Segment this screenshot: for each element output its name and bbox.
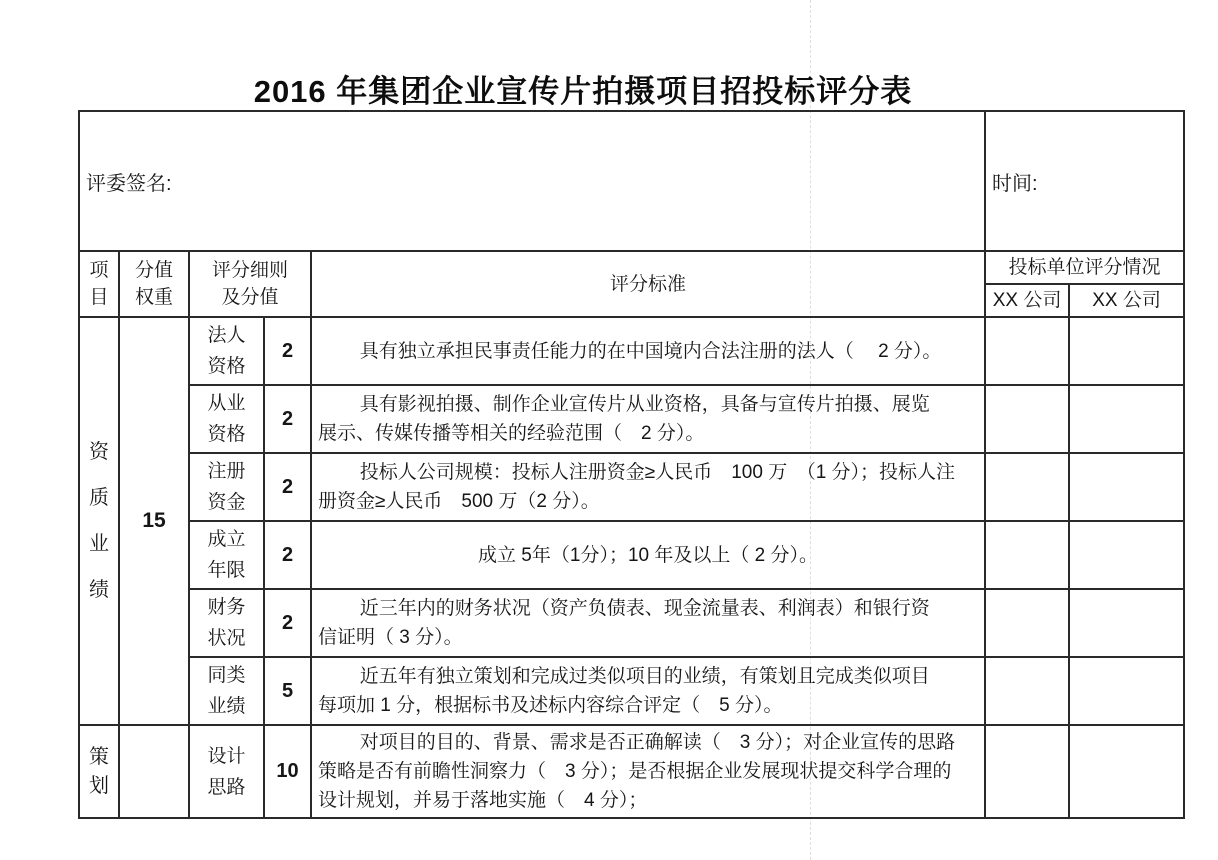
table-row: 策 划 设计 思路 10 对项目的目的、背景、需求是否正确解读（ 3 分）；对企… <box>79 725 1184 818</box>
criterion-name: 财务 状况 <box>189 589 264 657</box>
table-row: 成立 年限 2 成立 5年（1分）；10 年及以上（ 2 分）。 <box>79 521 1184 589</box>
bidder2-score-cell <box>1069 317 1184 385</box>
criterion-name: 设计 思路 <box>189 725 264 818</box>
table-row: 注册 资金 2 投标人公司规模：投标人注册资金≥人民币 100 万 （1 分）；… <box>79 453 1184 521</box>
bidder1-score-cell <box>985 725 1069 818</box>
header-row: 项 目 分值 权重 评分细则 及分值 评分标准 投标单位评分情况 <box>79 251 1184 284</box>
bidder2-score-cell <box>1069 589 1184 657</box>
bidder2-score-cell <box>1069 521 1184 589</box>
judge-signature-cell: 评委签名: <box>79 111 985 251</box>
col-header-weight: 分值 权重 <box>119 251 189 317</box>
criterion-score: 2 <box>264 385 311 453</box>
category-weight <box>119 725 189 818</box>
col-header-bidders-group: 投标单位评分情况 <box>985 251 1184 284</box>
criterion-score: 10 <box>264 725 311 818</box>
scoring-standard: 对项目的目的、背景、需求是否正确解读（ 3 分）；对企业宣传的思路 策略是否有前… <box>311 725 985 818</box>
criterion-name: 法人 资格 <box>189 317 264 385</box>
bidder1-score-cell <box>985 521 1069 589</box>
table-row: 资 质 业 绩 15 法人 资格 2 具有独立承担民事责任能力的在中国境内合法注… <box>79 317 1184 385</box>
scoring-standard: 具有独立承担民事责任能力的在中国境内合法注册的法人（ 2 分）。 <box>311 317 985 385</box>
bidder1-score-cell <box>985 453 1069 521</box>
bidder1-score-cell <box>985 385 1069 453</box>
category-cell-qualification: 资 质 业 绩 <box>79 317 119 725</box>
scoring-standard: 近三年内的财务状况（资产负债表、现金流量表、利润表）和银行资 信证明（ 3 分）… <box>311 589 985 657</box>
document-page: 2016 年集团企业宣传片拍摄项目招投标评分表 评委签名: 时间: 项 目 分值… <box>0 0 1218 860</box>
criterion-score: 2 <box>264 453 311 521</box>
criterion-score: 5 <box>264 657 311 725</box>
col-header-detail: 评分细则 及分值 <box>189 251 311 317</box>
scoring-standard: 具有影视拍摄、制作企业宣传片从业资格，具备与宣传片拍摄、展览 展示、传媒传播等相… <box>311 385 985 453</box>
criterion-name: 从业 资格 <box>189 385 264 453</box>
col-header-bidder1: XX 公司 <box>985 284 1069 317</box>
scoring-standard: 投标人公司规模：投标人注册资金≥人民币 100 万 （1 分）；投标人注 册资金… <box>311 453 985 521</box>
bidder2-score-cell <box>1069 725 1184 818</box>
criterion-score: 2 <box>264 521 311 589</box>
bidder2-score-cell <box>1069 657 1184 725</box>
col-header-bidder2: XX 公司 <box>1069 284 1184 317</box>
scoring-standard: 成立 5年（1分）；10 年及以上（ 2 分）。 <box>311 521 985 589</box>
scoring-standard: 近五年有独立策划和完成过类似项目的业绩，有策划且完成类似项目 每项加 1 分，根… <box>311 657 985 725</box>
bidder1-score-cell <box>985 657 1069 725</box>
table-row: 从业 资格 2 具有影视拍摄、制作企业宣传片从业资格，具备与宣传片拍摄、展览 展… <box>79 385 1184 453</box>
category-weight: 15 <box>119 317 189 725</box>
criterion-name: 成立 年限 <box>189 521 264 589</box>
bidder1-score-cell <box>985 317 1069 385</box>
col-header-item: 项 目 <box>79 251 119 317</box>
bidder2-score-cell <box>1069 385 1184 453</box>
scoring-table: 评委签名: 时间: 项 目 分值 权重 评分细则 及分值 评分标准 投标单位评分… <box>78 110 1185 819</box>
category-cell-planning: 策 划 <box>79 725 119 818</box>
bidder1-score-cell <box>985 589 1069 657</box>
criterion-name: 注册 资金 <box>189 453 264 521</box>
criterion-score: 2 <box>264 589 311 657</box>
bidder2-score-cell <box>1069 453 1184 521</box>
col-header-standard: 评分标准 <box>311 251 985 317</box>
document-title: 2016 年集团企业宣传片拍摄项目招投标评分表 <box>78 66 1088 111</box>
time-cell: 时间: <box>985 111 1184 251</box>
criterion-score: 2 <box>264 317 311 385</box>
table-row: 财务 状况 2 近三年内的财务状况（资产负债表、现金流量表、利润表）和银行资 信… <box>79 589 1184 657</box>
table-row: 同类 业绩 5 近五年有独立策划和完成过类似项目的业绩，有策划且完成类似项目 每… <box>79 657 1184 725</box>
signature-row: 评委签名: 时间: <box>79 111 1184 251</box>
criterion-name: 同类 业绩 <box>189 657 264 725</box>
